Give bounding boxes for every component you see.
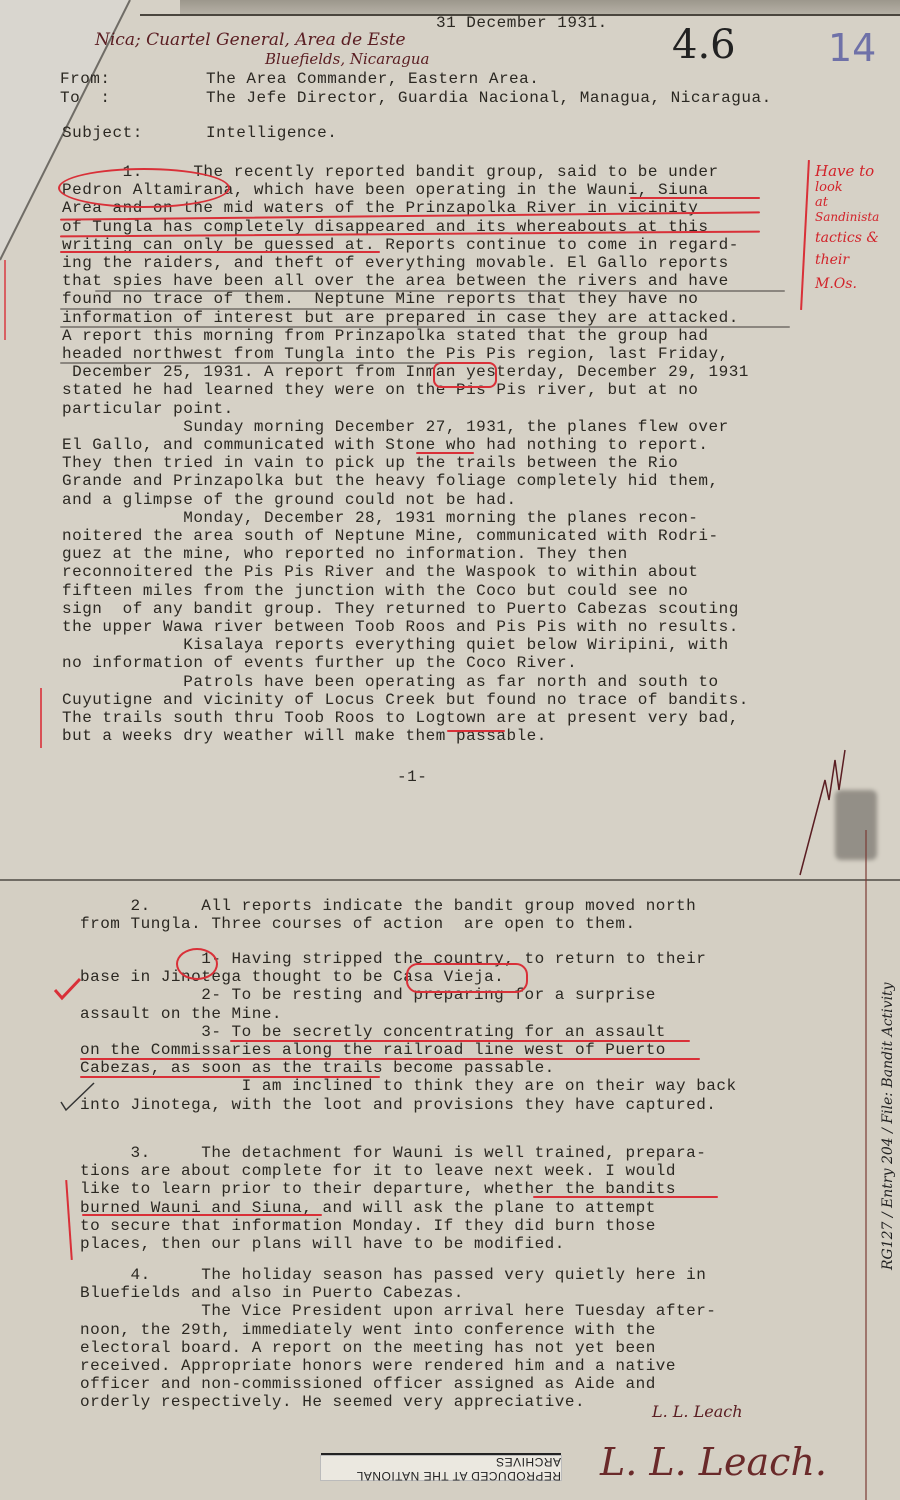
initials-scribble <box>795 740 855 880</box>
red-box-casa-vieja <box>406 963 528 993</box>
body-line: guez at the mine, who reported no inform… <box>62 545 749 563</box>
body-line: the upper Wawa river between Toob Roos a… <box>62 618 749 636</box>
red-underline-stone <box>416 452 474 454</box>
body-line: particular point. <box>62 400 749 418</box>
margin-note-vertical: RG127 / Entry 204 / File: Bandit Activit… <box>880 982 896 1270</box>
pencil-underline <box>60 326 790 328</box>
from-value: The Area Commander, Eastern Area. <box>206 70 539 88</box>
subject-value: Intelligence. <box>206 124 337 142</box>
body-line: December 25, 1931. A report from Inman y… <box>62 363 749 381</box>
red-underline <box>60 251 380 253</box>
pencil-underline <box>60 308 560 310</box>
body-line: Sunday morning December 27, 1931, the pl… <box>62 418 749 436</box>
margin-note-line: tactics & <box>815 230 900 246</box>
body-line: Bluefields and also in Puerto Cabezas. <box>80 1284 716 1302</box>
body-line: The Vice President upon arrival here Tue… <box>80 1302 716 1320</box>
body-line: 2. All reports indicate the bandit group… <box>80 897 696 915</box>
red-margin-bar <box>800 160 810 310</box>
body-line: Patrols have been operating as far north… <box>62 673 749 691</box>
pencil-underline <box>60 362 440 364</box>
body-line: officer and non-commissioned officer ass… <box>80 1375 716 1393</box>
body-line: Cuyutigne and vicinity of Locus Creek bu… <box>62 691 749 709</box>
margin-note-line: Have to <box>815 162 900 180</box>
margin-note-line: their <box>815 252 900 268</box>
body-line: information of interest but are prepared… <box>62 309 749 327</box>
body-line: stated he had learned they were on the P… <box>62 381 749 399</box>
body-line: 3. The detachment for Wauni is well trai… <box>80 1144 706 1162</box>
body-line: places, then our plans will have to be m… <box>80 1235 706 1253</box>
body-line: found no trace of them. Neptune Mine rep… <box>62 290 749 308</box>
body-line: noitered the area south of Neptune Mine,… <box>62 527 749 545</box>
body-line: assault on the Mine. <box>80 1005 737 1023</box>
body-line: on the Commissaries along the railroad l… <box>80 1041 737 1059</box>
body-line: ing the raiders, and theft of everything… <box>62 254 749 272</box>
document-page: 31 December 1931. Nica; Cuartel General,… <box>0 0 900 1500</box>
paragraph-2: 2. All reports indicate the bandit group… <box>80 897 696 933</box>
body-line: sign of any bandit group. They returned … <box>62 600 749 618</box>
margin-note-line: Sandinista <box>815 210 900 224</box>
body-line: 4. The holiday season has passed very qu… <box>80 1266 716 1284</box>
body-line: fifteen miles from the junction with the… <box>62 582 749 600</box>
red-underline-logtown <box>447 730 505 732</box>
paragraph-4: 4. The holiday season has passed very qu… <box>80 1266 716 1412</box>
body-line: from Tungla. Three courses of action are… <box>80 915 696 933</box>
body-line: to secure that information Monday. If th… <box>80 1217 706 1235</box>
body-line: received. Appropriate honors were render… <box>80 1357 716 1375</box>
body-line: but a weeks dry weather will make them p… <box>62 727 749 745</box>
from-label: From: <box>60 70 111 88</box>
body-line: headed northwest from Tungla into the Pi… <box>62 345 749 363</box>
pencil-checkmark-icon <box>58 1080 98 1115</box>
body-line: Grande and Prinzapolka but the heavy fol… <box>62 472 749 490</box>
document-date: 31 December 1931. <box>436 14 608 32</box>
page-right-edge <box>865 830 867 1500</box>
body-line: A report this morning from Prinzapolka s… <box>62 327 749 345</box>
folio-number: 14 <box>828 26 876 70</box>
red-underline <box>533 1196 718 1198</box>
body-line: Cabezas, as soon as the trails become pa… <box>80 1059 737 1077</box>
margin-note-red: Have to look at Sandinista tactics & the… <box>815 162 900 292</box>
red-underline <box>230 1040 690 1042</box>
margin-note-line: M.Os. <box>815 276 900 292</box>
to-label: To : <box>60 89 111 107</box>
red-checkmark-icon <box>52 976 84 1002</box>
pencil-underline <box>95 290 785 292</box>
margin-note-line: look <box>815 180 900 195</box>
subject-label: Subject: <box>62 124 143 142</box>
handwritten-header-line1: Nica; Cuartel General, Area de Este <box>95 30 406 50</box>
red-underline <box>80 1076 380 1078</box>
red-circle-course-1 <box>176 948 218 980</box>
signature-printed: L. L. Leach <box>652 1402 743 1421</box>
red-circle-pedron-altamirana <box>58 168 230 208</box>
archive-stamp: REPRODUCED AT THE NATIONAL ARCHIVES <box>320 1455 562 1481</box>
body-line: orderly respectively. He seemed very app… <box>80 1393 716 1411</box>
margin-note-line: at <box>815 195 900 210</box>
body-line: electoral board. A report on the meeting… <box>80 1339 716 1357</box>
archive-stamp-text: REPRODUCED AT THE NATIONAL ARCHIVES <box>321 1453 561 1483</box>
body-line: I am inclined to think they are on their… <box>80 1077 737 1095</box>
body-line: The trails south thru Toob Roos to Logto… <box>62 709 749 727</box>
body-line: noon, the 29th, immediately went into co… <box>80 1321 716 1339</box>
body-line: no information of events further up the … <box>62 654 749 672</box>
archival-number: 4.6 <box>672 22 736 68</box>
red-underline <box>80 1058 700 1060</box>
body-line: that spies have been all over the area b… <box>62 272 749 290</box>
body-line: Kisalaya reports everything quiet below … <box>62 636 749 654</box>
paragraph-3: 3. The detachment for Wauni is well trai… <box>80 1144 706 1253</box>
signature-handwritten: L. L. Leach. <box>600 1440 827 1484</box>
body-line: Monday, December 28, 1931 morning the pl… <box>62 509 749 527</box>
to-value: The Jefe Director, Guardia Nacional, Man… <box>206 89 772 107</box>
body-line: 3- To be secretly concentrating for an a… <box>80 1023 737 1041</box>
handwritten-header-line2: Bluefields, Nicaragua <box>265 50 429 68</box>
body-line: El Gallo, and communicated with Stone wh… <box>62 436 749 454</box>
body-line: and a glimpse of the ground could not be… <box>62 491 749 509</box>
body-line: tions are about complete for it to leave… <box>80 1162 706 1180</box>
body-line: They then tried in vain to pick up the t… <box>62 454 749 472</box>
red-underline <box>82 1214 322 1216</box>
red-box-inman <box>433 362 497 388</box>
page-number: -1- <box>397 768 427 786</box>
body-line: into Jinotega, with the loot and provisi… <box>80 1096 737 1114</box>
red-margin-bar-left <box>4 260 6 340</box>
body-line: reconnoitered the Pis Pis River and the … <box>62 563 749 581</box>
red-margin-bar-left <box>40 688 42 748</box>
red-underline <box>630 197 760 199</box>
